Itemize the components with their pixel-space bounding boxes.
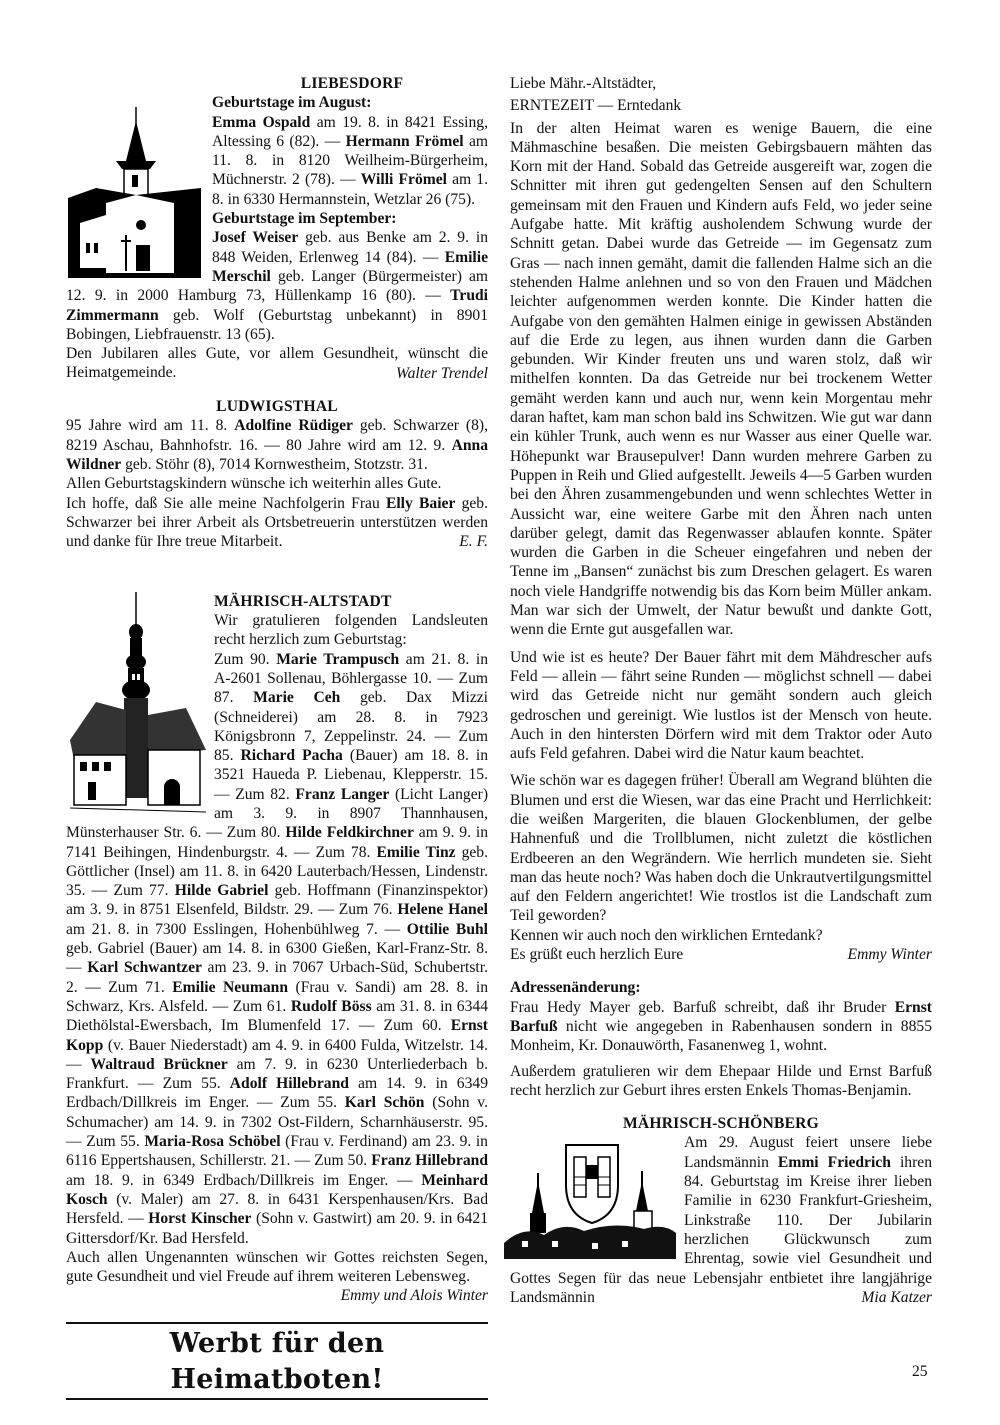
town-hall-tower-icon — [66, 590, 208, 820]
town-skyline-coat-of-arms-icon — [502, 1133, 678, 1261]
article-paragraph: In der alten Heimat waren es wenige Baue… — [510, 119, 932, 640]
article-paragraph: Wie schön war es dagegen früher! Überall… — [510, 771, 932, 925]
ludwigsthal-wishes: Allen Geburtstagskindern wünsche ich wei… — [66, 474, 488, 493]
section-title: LIEBESDORF — [66, 74, 488, 93]
right-column: Liebe Mähr.-Altstädter, ERNTEZEIT — Ernt… — [510, 74, 932, 1307]
section-ludwigsthal: LUDWIGSTHAL 95 Jahre wird am 11. 8. Adol… — [66, 397, 488, 552]
greeting: Liebe Mähr.-Altstädter, — [510, 74, 932, 93]
section-maehrisch-altstadt: MÄHRISCH-ALTSTADT Wir gratulieren folgen… — [66, 592, 488, 1306]
signature: Emmy Winter — [848, 945, 932, 964]
section-maehrisch-schoenberg: MÄHRISCH-SCHÖNBERG — [510, 1114, 932, 1307]
article-question: Kennen wir auch noch den wirklichen Ernt… — [510, 926, 932, 945]
left-column: LIEBESDORF Geburtstage im August: — [66, 74, 488, 1400]
section-title: MÄHRISCH-SCHÖNBERG — [510, 1114, 932, 1133]
farewell: Es grüßt euch herzlich Eure — [510, 945, 683, 964]
signature: Emmy und Alois Winter — [66, 1286, 488, 1305]
advert-text: Werbt für den Heimatboten! — [66, 1326, 488, 1398]
page-number: 25 — [912, 1363, 928, 1381]
section-title: Adressenänderung: — [510, 978, 932, 997]
ludwigsthal-birthdays: 95 Jahre wird am 11. 8. Adolfine Rüdiger… — [66, 416, 488, 474]
altstadt-closing: Auch allen Ungenannten wünschen wir Gott… — [66, 1248, 488, 1287]
article-signoff: Es grüßt euch herzlich Eure Emmy Winter — [510, 945, 932, 964]
section-address-change: Adressenänderung: Frau Hedy Mayer geb. B… — [510, 978, 932, 1100]
section-title: LUDWIGSTHAL — [66, 397, 488, 416]
article-paragraph: Und wie ist es heute? Der Bauer fährt mi… — [510, 648, 932, 764]
advert-banner: Werbt für den Heimatboten! — [66, 1322, 488, 1400]
congrats-text: Außerdem gratulieren wir dem Ehepaar Hil… — [510, 1062, 932, 1101]
church-illustration-icon — [66, 103, 206, 283]
address-change-text: Frau Hedy Mayer geb. Barfuß schreibt, da… — [510, 998, 932, 1056]
article-heading: ERNTEZEIT — Erntedank — [510, 96, 932, 115]
article-erntezeit: Liebe Mähr.-Altstädter, ERNTEZEIT — Ernt… — [510, 74, 932, 964]
section-liebesdorf: LIEBESDORF Geburtstage im August: — [66, 74, 488, 383]
